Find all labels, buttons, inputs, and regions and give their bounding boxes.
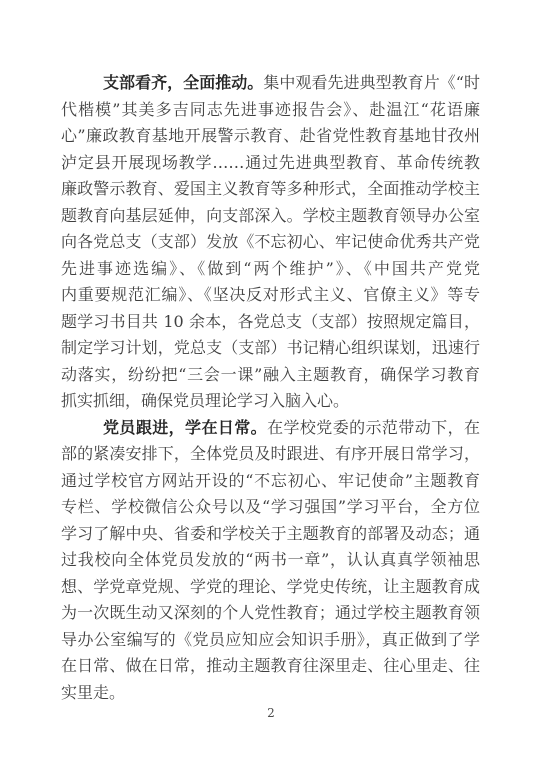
text-line: 学习了解中央、省委和学校关于主题教育的部署及动态；通 bbox=[61, 521, 480, 548]
text-line: 在日常、做在日常，推动主题教育往深里走、往心里走、往 bbox=[61, 653, 480, 680]
text-line: 内重要规范汇编》、《坚决反对形式主义、官僚主义》等专 bbox=[61, 282, 480, 309]
text-line: 支部看齐，全面推动。集中观看先进典型教育片《“时 bbox=[61, 70, 480, 97]
document-page: 支部看齐，全面推动。集中观看先进典型教育片《“时代楷模”其美多吉同志先进事迹报告… bbox=[0, 0, 542, 768]
paragraph-lead: 党员跟进，学在日常。 bbox=[103, 418, 267, 437]
paragraph: 支部看齐，全面推动。集中观看先进典型教育片《“时代楷模”其美多吉同志先进事迹报告… bbox=[61, 70, 480, 415]
document-body: 支部看齐，全面推动。集中观看先进典型教育片《“时代楷模”其美多吉同志先进事迹报告… bbox=[61, 70, 480, 706]
text-line: 先进事迹选编》、《做到“两个维护”》、《中国共产党党 bbox=[61, 256, 480, 283]
text-line: 泸定县开展现场教学……通过先进典型教育、革命传统教育、 bbox=[61, 150, 480, 177]
text-line: 想、学党章党规、学党的理论、学党史传统，让主题教育成 bbox=[61, 574, 480, 601]
text-line: 过我校向全体党员发放的“两书一章”，认认真真学领袖思 bbox=[61, 547, 480, 574]
text-line: 实里走。 bbox=[61, 680, 480, 707]
paragraph: 党员跟进，学在日常。在学校党委的示范带动下，在支部的紧凑安排下，全体党员及时跟进… bbox=[61, 415, 480, 707]
page-number: 2 bbox=[0, 704, 542, 722]
text-line: 导办公室编写的《党员应知应会知识手册》，真正做到了学 bbox=[61, 627, 480, 654]
text-line: 通过学校官方网站开设的“不忘初心、牢记使命”主题教育 bbox=[61, 468, 480, 495]
text-line: 代楷模”其美多吉同志先进事迹报告会》、赴温江“花语廉 bbox=[61, 97, 480, 124]
text-line: 向各党总支（支部）发放《不忘初心、牢记使命优秀共产党 bbox=[61, 229, 480, 256]
paragraph-lead: 支部看齐，全面推动。 bbox=[103, 73, 263, 92]
text-line: 党员跟进，学在日常。在学校党委的示范带动下，在支 bbox=[61, 415, 480, 442]
text-line: 为一次既生动又深刻的个人党性教育；通过学校主题教育领 bbox=[61, 600, 480, 627]
text-line: 专栏、学校微信公众号以及“学习强国”学习平台，全方位 bbox=[61, 494, 480, 521]
text-line: 题教育向基层延伸，向支部深入。学校主题教育领导办公室 bbox=[61, 203, 480, 230]
text-line: 题学习书目共 10 余本，各党总支（支部）按照规定篇目， bbox=[61, 309, 480, 336]
text-line: 抓实抓细，确保党员理论学习入脑入心。 bbox=[61, 388, 480, 415]
text-line: 部的紧凑安排下，全体党员及时跟进、有序开展日常学习， bbox=[61, 441, 480, 468]
text-line: 动落实，纷纷把“三会一课”融入主题教育，确保学习教育 bbox=[61, 362, 480, 389]
text-line: 廉政警示教育、爱国主义教育等多种形式，全面推动学校主 bbox=[61, 176, 480, 203]
text-line: 制定学习计划，党总支（支部）书记精心组织谋划，迅速行 bbox=[61, 335, 480, 362]
text-line: 心”廉政教育基地开展警示教育、赴省党性教育基地甘孜州 bbox=[61, 123, 480, 150]
